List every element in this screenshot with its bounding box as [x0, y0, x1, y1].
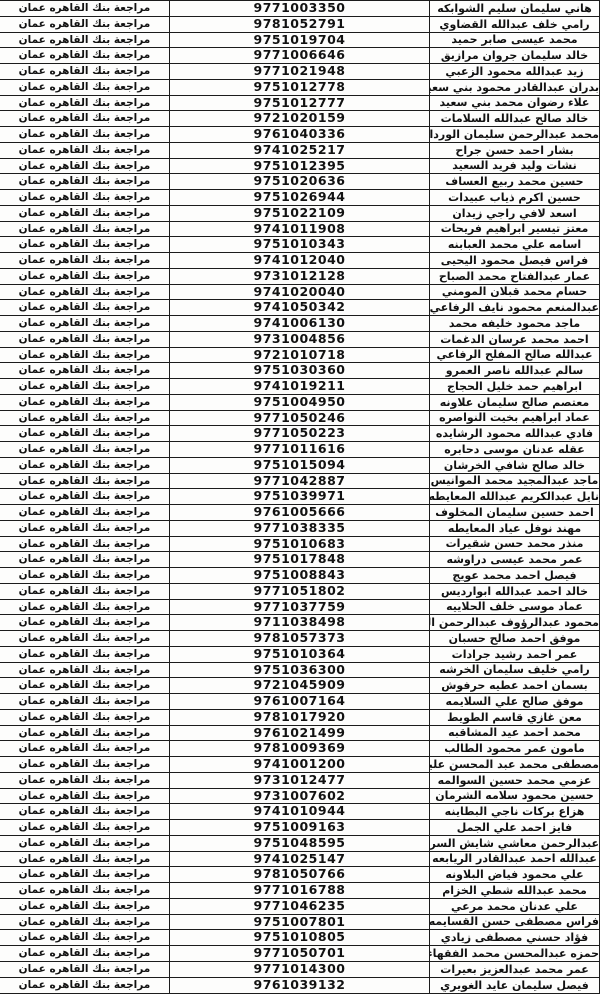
table-row: اسامه علي محمد العبابنه 9751010343 مراجع… — [0, 237, 600, 253]
name-cell: ابراهيم حمد خليل الحجاج — [430, 379, 600, 395]
table-row: حسام محمد قبلان المومني 9741020040 مراجع… — [0, 284, 600, 300]
table-row: فيصل سليمان عايد الغويري 9761039132 مراج… — [0, 977, 600, 994]
name-cell: عبدالله احمد عبدالقادر الريابعه — [430, 851, 600, 867]
number-cell: 9721045909 — [170, 678, 430, 694]
review-cell: مراجعة بنك القاهره عمان — [0, 16, 170, 32]
review-cell: مراجعة بنك القاهره عمان — [0, 883, 170, 899]
name-cell: عقله عدنان موسى دحابره — [430, 442, 600, 458]
table-row: مصطفى محمد عبد المحسن عليان 9741001200 م… — [0, 757, 600, 773]
review-cell: مراجعة بنك القاهره عمان — [0, 158, 170, 174]
name-cell: هزاع بركات ناجي البطاينه — [430, 804, 600, 820]
table-row: عبدالرحمن معاشي شايش السرحان 9751048595 … — [0, 835, 600, 851]
table-row: معن غازي قاسم الطويط 9781017920 مراجعة ب… — [0, 709, 600, 725]
table-row: هزاع بركات ناجي البطاينه 9741010944 مراج… — [0, 804, 600, 820]
review-cell: مراجعة بنك القاهره عمان — [0, 946, 170, 962]
review-cell: مراجعة بنك القاهره عمان — [0, 520, 170, 536]
review-cell: مراجعة بنك القاهره عمان — [0, 253, 170, 269]
name-cell: موفق صالح علي السلايمه — [430, 694, 600, 710]
name-cell: رامي خليف سليمان الخرشه — [430, 662, 600, 678]
table-row: احمد محمد عرسان الدغمات 9731004856 مراجع… — [0, 331, 600, 347]
table-row: حسين محمد ربيع العساف 9751020636 مراجعة … — [0, 174, 600, 190]
table-row: علاء رضوان محمد بني سعيد 9751012777 مراج… — [0, 95, 600, 111]
review-cell: مراجعة بنك القاهره عمان — [0, 599, 170, 615]
number-cell: 9741011908 — [170, 221, 430, 237]
number-cell: 9741001200 — [170, 757, 430, 773]
name-cell: معتصم صالح سليمان علاونه — [430, 394, 600, 410]
table-row: فايز احمد علي الجمل 9751009163 مراجعة بن… — [0, 820, 600, 836]
review-cell: مراجعة بنك القاهره عمان — [0, 788, 170, 804]
table-row: موفق احمد صالح حسبان 9781057373 مراجعة ب… — [0, 631, 600, 647]
name-cell: رامي خلف عبدالله القضاوي — [430, 16, 600, 32]
table-row: محمد عبدالله شطي الخزام 9771016788 مراجع… — [0, 883, 600, 899]
name-cell: عمر محمد عيسى دراوشه — [430, 552, 600, 568]
review-cell: مراجعة بنك القاهره عمان — [0, 505, 170, 521]
review-cell: مراجعة بنك القاهره عمان — [0, 977, 170, 994]
name-cell: فادي عبدالله محمود الرشايده — [430, 426, 600, 442]
review-cell: مراجعة بنك القاهره عمان — [0, 127, 170, 143]
table-row: خالد سليمان جروان مرازيق 9771006646 مراج… — [0, 48, 600, 64]
number-cell: 9751022109 — [170, 205, 430, 221]
table-row: علي محمود فياض البلاونه 9781050766 مراجع… — [0, 867, 600, 883]
review-cell: مراجعة بنك القاهره عمان — [0, 772, 170, 788]
number-cell: 9761021499 — [170, 725, 430, 741]
review-cell: مراجعة بنك القاهره عمان — [0, 284, 170, 300]
name-cell: عماد موسى خلف الحلاييه — [430, 599, 600, 615]
name-cell: احمد حسين سليمان المخلوف — [430, 505, 600, 521]
table-row: ماجد عبدالمجيد محمد الموانيس 9771042887 … — [0, 473, 600, 489]
number-cell: 9731012477 — [170, 772, 430, 788]
review-cell: مراجعة بنك القاهره عمان — [0, 725, 170, 741]
number-cell: 9751039971 — [170, 489, 430, 505]
review-cell: مراجعة بنك القاهره عمان — [0, 867, 170, 883]
number-cell: 9711038498 — [170, 615, 430, 631]
table-row: فادي عبدالله محمود الرشايده 9771050223 م… — [0, 426, 600, 442]
name-cell: علي عدنان محمد مرعي — [430, 898, 600, 914]
name-cell: محمد عيسى صابر حميد — [430, 32, 600, 48]
name-cell: حسين محمود سلامه الشرمان — [430, 788, 600, 804]
number-cell: 9751015094 — [170, 457, 430, 473]
number-cell: 9731012128 — [170, 268, 430, 284]
table-row: فؤاد حسني مصطفى زيادي 9751010805 مراجعة … — [0, 930, 600, 946]
number-cell: 9761007164 — [170, 694, 430, 710]
table-row: معتز تيسير ابراهيم فريحات 9741011908 مرا… — [0, 221, 600, 237]
table-row: حمزه عبدالمحسن محمد الفقهاء 9771050701 م… — [0, 946, 600, 962]
table-row: هاني سليمان سليم الشوابكه 9771003350 مرا… — [0, 1, 600, 17]
name-cell: خالد صالح عبدالله السلامات — [430, 111, 600, 127]
review-cell: مراجعة بنك القاهره عمان — [0, 111, 170, 127]
name-cell: خالد صالح شافي الخرشان — [430, 457, 600, 473]
review-cell: مراجعة بنك القاهره عمان — [0, 631, 170, 647]
table-row: مهند نوفل عياد المعايطه 9771038335 مراجع… — [0, 520, 600, 536]
table-row: عبدالمنعم محمود نايف الرفاعي 9741050342 … — [0, 300, 600, 316]
name-cell: حسام محمد قبلان المومني — [430, 284, 600, 300]
name-cell: عمر احمد رشيد جرادات — [430, 646, 600, 662]
name-cell: حسين اكرم ذياب عبيدات — [430, 190, 600, 206]
number-cell: 9771011616 — [170, 442, 430, 458]
name-cell: عبدالله صالح المفلح الرفاعي — [430, 347, 600, 363]
name-cell: خالد سليمان جروان مرازيق — [430, 48, 600, 64]
number-cell: 9751004950 — [170, 394, 430, 410]
bank-review-table: هاني سليمان سليم الشوابكه 9771003350 مرا… — [0, 0, 600, 994]
name-cell: نشات وليد فريد السعيد — [430, 158, 600, 174]
table-row: محمد عيسى صابر حميد 9751019704 مراجعة بن… — [0, 32, 600, 48]
number-cell: 9771037759 — [170, 599, 430, 615]
name-cell: سالم عبدالله ناصر العمرو — [430, 363, 600, 379]
table-row: عماد موسى خلف الحلاييه 9771037759 مراجعة… — [0, 599, 600, 615]
name-cell: اسامه علي محمد العبابنه — [430, 237, 600, 253]
name-cell: فؤاد حسني مصطفى زيادي — [430, 930, 600, 946]
name-cell: فراس مصطفى حسن القسايمه — [430, 914, 600, 930]
review-cell: مراجعة بنك القاهره عمان — [0, 961, 170, 977]
name-cell: علي محمود فياض البلاونه — [430, 867, 600, 883]
name-cell: فيصل سليمان عايد الغويري — [430, 977, 600, 994]
name-cell: احمد محمد عرسان الدغمات — [430, 331, 600, 347]
number-cell: 9751020636 — [170, 174, 430, 190]
number-cell: 9771051802 — [170, 583, 430, 599]
name-cell: حسين محمد ربيع العساف — [430, 174, 600, 190]
name-cell: محمد احمد عيد المشاقبه — [430, 725, 600, 741]
number-cell: 9781057373 — [170, 631, 430, 647]
number-cell: 9751048595 — [170, 835, 430, 851]
name-cell: ماجد عبدالمجيد محمد الموانيس — [430, 473, 600, 489]
number-cell: 9741025147 — [170, 851, 430, 867]
review-cell: مراجعة بنك القاهره عمان — [0, 410, 170, 426]
name-cell: اسعد لافي راجي زيدان — [430, 205, 600, 221]
name-cell: محمود عبدالرؤوف عبدالرحمن الشريف — [430, 615, 600, 631]
name-cell: مصطفى محمد عبد المحسن عليان — [430, 757, 600, 773]
name-cell: عبدالمنعم محمود نايف الرفاعي — [430, 300, 600, 316]
name-cell: حمزه عبدالمحسن محمد الفقهاء — [430, 946, 600, 962]
table-row: عبدالله صالح المفلح الرفاعي 9721010718 م… — [0, 347, 600, 363]
review-cell: مراجعة بنك القاهره عمان — [0, 646, 170, 662]
review-cell: مراجعة بنك القاهره عمان — [0, 930, 170, 946]
name-cell: معن غازي قاسم الطويط — [430, 709, 600, 725]
number-cell: 9721020159 — [170, 111, 430, 127]
number-cell: 9751019704 — [170, 32, 430, 48]
review-cell: مراجعة بنك القاهره عمان — [0, 457, 170, 473]
table-row: عماد ابراهيم بخيت النواصره 9771050246 مر… — [0, 410, 600, 426]
number-cell: 9741012040 — [170, 253, 430, 269]
table-row: حسين محمود سلامه الشرمان 9731007602 مراج… — [0, 788, 600, 804]
table-row: عمار عبدالفتاح محمد الصباح 9731012128 مر… — [0, 268, 600, 284]
review-cell: مراجعة بنك القاهره عمان — [0, 347, 170, 363]
number-cell: 9771006646 — [170, 48, 430, 64]
name-cell: مهند نوفل عياد المعايطه — [430, 520, 600, 536]
name-cell: عمر محمد عبدالعزيز بعيرات — [430, 961, 600, 977]
review-cell: مراجعة بنك القاهره عمان — [0, 536, 170, 552]
number-cell: 9751030360 — [170, 363, 430, 379]
number-cell: 9781009369 — [170, 741, 430, 757]
number-cell: 9761040336 — [170, 127, 430, 143]
number-cell: 9741010944 — [170, 804, 430, 820]
name-cell: عزمي محمد حسين السوالمه — [430, 772, 600, 788]
name-cell: بدران عبدالقادر محمود بني سعيد — [430, 79, 600, 95]
number-cell: 9771042887 — [170, 473, 430, 489]
review-cell: مراجعة بنك القاهره عمان — [0, 835, 170, 851]
name-cell: فايز احمد علي الجمل — [430, 820, 600, 836]
number-cell: 9751007801 — [170, 914, 430, 930]
number-cell: 9741050342 — [170, 300, 430, 316]
review-cell: مراجعة بنك القاهره عمان — [0, 48, 170, 64]
table-row: عقله عدنان موسى دحابره 9771011616 مراجعة… — [0, 442, 600, 458]
table-row: بدران عبدالقادر محمود بني سعيد 975101277… — [0, 79, 600, 95]
number-cell: 9751036300 — [170, 662, 430, 678]
number-cell: 9751017848 — [170, 552, 430, 568]
table-row: خالد احمد عبدالله ابوارديس 9771051802 مر… — [0, 583, 600, 599]
review-cell: مراجعة بنك القاهره عمان — [0, 316, 170, 332]
number-cell: 9761039132 — [170, 977, 430, 994]
table-row: خالد صالح شافي الخرشان 9751015094 مراجعة… — [0, 457, 600, 473]
review-cell: مراجعة بنك القاهره عمان — [0, 363, 170, 379]
table-row: فراس فيصل محمود اليحيى 9741012040 مراجعة… — [0, 253, 600, 269]
name-cell: محمد عبدالله شطي الخزام — [430, 883, 600, 899]
number-cell: 9751009163 — [170, 820, 430, 836]
number-cell: 9781050766 — [170, 867, 430, 883]
review-cell: مراجعة بنك القاهره عمان — [0, 694, 170, 710]
table-row: فراس مصطفى حسن القسايمه 9751007801 مراجع… — [0, 914, 600, 930]
name-cell: هاني سليمان سليم الشوابكه — [430, 1, 600, 17]
review-cell: مراجعة بنك القاهره عمان — [0, 898, 170, 914]
review-cell: مراجعة بنك القاهره عمان — [0, 174, 170, 190]
name-cell: مامون عمر محمود الطالب — [430, 741, 600, 757]
table-row: رامي خلف عبدالله القضاوي 9781052791 مراج… — [0, 16, 600, 32]
number-cell: 9741025217 — [170, 142, 430, 158]
name-cell: عبدالرحمن معاشي شايش السرحان — [430, 835, 600, 851]
name-cell: خالد احمد عبدالله ابوارديس — [430, 583, 600, 599]
name-cell: زيد عبدالله محمود الزعبي — [430, 64, 600, 80]
table-row: معتصم صالح سليمان علاونه 9751004950 مراج… — [0, 394, 600, 410]
review-cell: مراجعة بنك القاهره عمان — [0, 662, 170, 678]
number-cell: 9781017920 — [170, 709, 430, 725]
table-row: خالد صالح عبدالله السلامات 9721020159 مر… — [0, 111, 600, 127]
table-row: اسعد لافي راجي زيدان 9751022109 مراجعة ب… — [0, 205, 600, 221]
number-cell: 9771021948 — [170, 64, 430, 80]
review-cell: مراجعة بنك القاهره عمان — [0, 615, 170, 631]
review-cell: مراجعة بنك القاهره عمان — [0, 709, 170, 725]
review-cell: مراجعة بنك القاهره عمان — [0, 379, 170, 395]
table-row: موفق صالح علي السلايمه 9761007164 مراجعة… — [0, 694, 600, 710]
number-cell: 9741020040 — [170, 284, 430, 300]
number-cell: 9771050701 — [170, 946, 430, 962]
review-cell: مراجعة بنك القاهره عمان — [0, 32, 170, 48]
review-cell: مراجعة بنك القاهره عمان — [0, 205, 170, 221]
name-cell: نايل عبدالكريم عبدالله المعايطه — [430, 489, 600, 505]
table-row: علي عدنان محمد مرعي 9771046235 مراجعة بن… — [0, 898, 600, 914]
review-cell: مراجعة بنك القاهره عمان — [0, 820, 170, 836]
table-row: ابراهيم حمد خليل الحجاج 9741019211 مراجع… — [0, 379, 600, 395]
review-cell: مراجعة بنك القاهره عمان — [0, 221, 170, 237]
review-cell: مراجعة بنك القاهره عمان — [0, 473, 170, 489]
review-cell: مراجعة بنك القاهره عمان — [0, 678, 170, 694]
number-cell: 9751010683 — [170, 536, 430, 552]
review-cell: مراجعة بنك القاهره عمان — [0, 237, 170, 253]
name-cell: موفق احمد صالح حسبان — [430, 631, 600, 647]
table-row: فيصل احمد محمد عويج 9751008843 مراجعة بن… — [0, 568, 600, 584]
number-cell: 9731004856 — [170, 331, 430, 347]
table-row: عمر احمد رشيد جرادات 9751010364 مراجعة ب… — [0, 646, 600, 662]
table-row: رامي خليف سليمان الخرشه 9751036300 مراجع… — [0, 662, 600, 678]
number-cell: 9731007602 — [170, 788, 430, 804]
table-row: عمر محمد عبدالعزيز بعيرات 9771014300 مرا… — [0, 961, 600, 977]
number-cell: 9751012777 — [170, 95, 430, 111]
name-cell: فيصل احمد محمد عويج — [430, 568, 600, 584]
table-row: نايل عبدالكريم عبدالله المعايطه 97510399… — [0, 489, 600, 505]
number-cell: 9771016788 — [170, 883, 430, 899]
table-row: ماجد محمود خليفه محمد 9741006130 مراجعة … — [0, 316, 600, 332]
review-cell: مراجعة بنك القاهره عمان — [0, 426, 170, 442]
review-cell: مراجعة بنك القاهره عمان — [0, 568, 170, 584]
name-cell: فراس فيصل محمود اليحيى — [430, 253, 600, 269]
name-cell: بسمان احمد عطيه حرفوش — [430, 678, 600, 694]
number-cell: 9751010364 — [170, 646, 430, 662]
number-cell: 9751010805 — [170, 930, 430, 946]
table-row: محمد احمد عيد المشاقبه 9761021499 مراجعة… — [0, 725, 600, 741]
review-cell: مراجعة بنك القاهره عمان — [0, 757, 170, 773]
review-cell: مراجعة بنك القاهره عمان — [0, 914, 170, 930]
table-row: سالم عبدالله ناصر العمرو 9751030360 مراج… — [0, 363, 600, 379]
review-cell: مراجعة بنك القاهره عمان — [0, 142, 170, 158]
review-cell: مراجعة بنك القاهره عمان — [0, 394, 170, 410]
number-cell: 9741006130 — [170, 316, 430, 332]
review-cell: مراجعة بنك القاهره عمان — [0, 190, 170, 206]
review-cell: مراجعة بنك القاهره عمان — [0, 64, 170, 80]
review-cell: مراجعة بنك القاهره عمان — [0, 95, 170, 111]
review-cell: مراجعة بنك القاهره عمان — [0, 583, 170, 599]
number-cell: 9761005666 — [170, 505, 430, 521]
number-cell: 9741019211 — [170, 379, 430, 395]
number-cell: 9751026944 — [170, 190, 430, 206]
table-row: احمد حسين سليمان المخلوف 9761005666 مراج… — [0, 505, 600, 521]
review-cell: مراجعة بنك القاهره عمان — [0, 79, 170, 95]
review-cell: مراجعة بنك القاهره عمان — [0, 331, 170, 347]
table-row: عبدالله احمد عبدالقادر الريابعه 97410251… — [0, 851, 600, 867]
number-cell: 9771014300 — [170, 961, 430, 977]
review-cell: مراجعة بنك القاهره عمان — [0, 489, 170, 505]
name-cell: بشار احمد حسن جراح — [430, 142, 600, 158]
number-cell: 9751012778 — [170, 79, 430, 95]
review-cell: مراجعة بنك القاهره عمان — [0, 1, 170, 17]
table-row: مامون عمر محمود الطالب 9781009369 مراجعة… — [0, 741, 600, 757]
name-cell: محمد عبدالرحمن سليمان الوردات — [430, 127, 600, 143]
review-cell: مراجعة بنك القاهره عمان — [0, 804, 170, 820]
name-cell: علاء رضوان محمد بني سعيد — [430, 95, 600, 111]
number-cell: 9751008843 — [170, 568, 430, 584]
review-cell: مراجعة بنك القاهره عمان — [0, 268, 170, 284]
table-row: بسمان احمد عطيه حرفوش 9721045909 مراجعة … — [0, 678, 600, 694]
table-row: عمر محمد عيسى دراوشه 9751017848 مراجعة ب… — [0, 552, 600, 568]
number-cell: 9751010343 — [170, 237, 430, 253]
number-cell: 9781052791 — [170, 16, 430, 32]
name-cell: عمار عبدالفتاح محمد الصباح — [430, 268, 600, 284]
table-row: عزمي محمد حسين السوالمه 9731012477 مراجع… — [0, 772, 600, 788]
table-row: زيد عبدالله محمود الزعبي 9771021948 مراج… — [0, 64, 600, 80]
review-cell: مراجعة بنك القاهره عمان — [0, 741, 170, 757]
number-cell: 9771050223 — [170, 426, 430, 442]
number-cell: 9771046235 — [170, 898, 430, 914]
name-cell: عماد ابراهيم بخيت النواصره — [430, 410, 600, 426]
number-cell: 9771050246 — [170, 410, 430, 426]
document-page: هاني سليمان سليم الشوابكه 9771003350 مرا… — [0, 0, 600, 994]
number-cell: 9721010718 — [170, 347, 430, 363]
table-row: بشار احمد حسن جراح 9741025217 مراجعة بنك… — [0, 142, 600, 158]
table-row: منذر محمد حسن شقيرات 9751010683 مراجعة ب… — [0, 536, 600, 552]
name-cell: منذر محمد حسن شقيرات — [430, 536, 600, 552]
number-cell: 9771038335 — [170, 520, 430, 536]
table-row: محمد عبدالرحمن سليمان الوردات 9761040336… — [0, 127, 600, 143]
number-cell: 9751012395 — [170, 158, 430, 174]
name-cell: معتز تيسير ابراهيم فريحات — [430, 221, 600, 237]
table-row: محمود عبدالرؤوف عبدالرحمن الشريف 9711038… — [0, 615, 600, 631]
table-row: حسين اكرم ذياب عبيدات 9751026944 مراجعة … — [0, 190, 600, 206]
name-cell: ماجد محمود خليفه محمد — [430, 316, 600, 332]
review-cell: مراجعة بنك القاهره عمان — [0, 442, 170, 458]
review-cell: مراجعة بنك القاهره عمان — [0, 851, 170, 867]
table-body: هاني سليمان سليم الشوابكه 9771003350 مرا… — [0, 1, 600, 994]
table-row: نشات وليد فريد السعيد 9751012395 مراجعة … — [0, 158, 600, 174]
number-cell: 9771003350 — [170, 1, 430, 17]
review-cell: مراجعة بنك القاهره عمان — [0, 552, 170, 568]
review-cell: مراجعة بنك القاهره عمان — [0, 300, 170, 316]
